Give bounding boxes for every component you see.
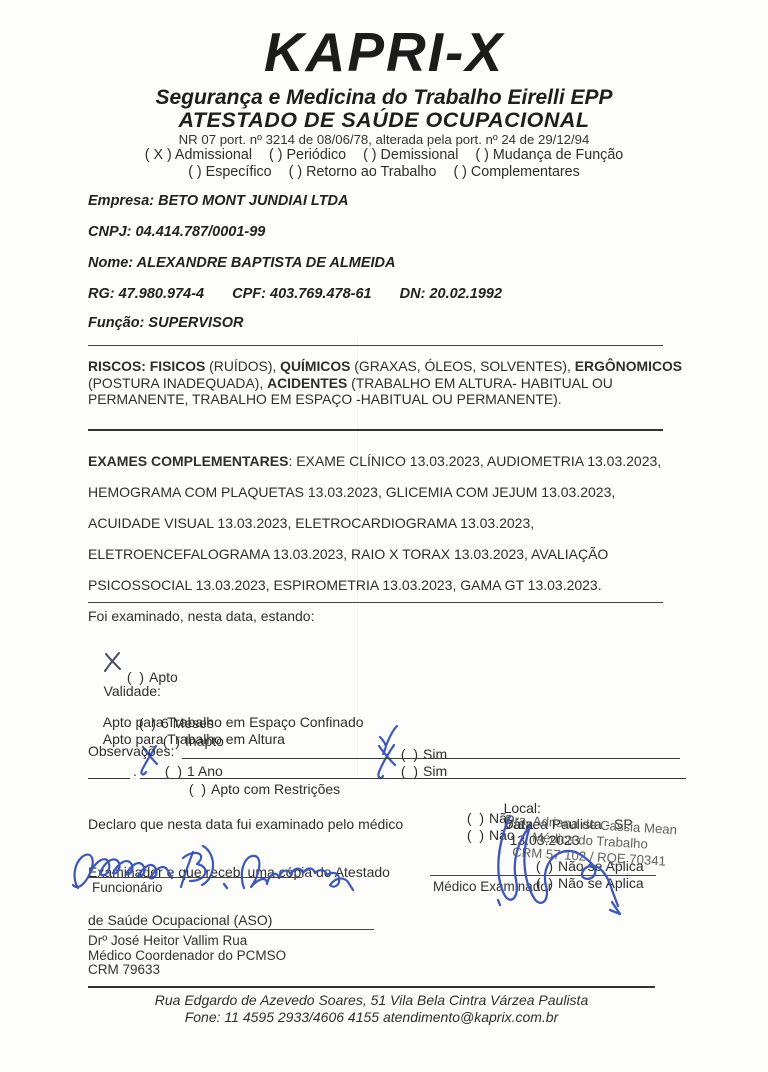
exames-line: ELETROENCEFALOGRAMA 13.03.2023, RAIO X T…	[88, 539, 678, 570]
cpf-value: 403.769.478-61	[270, 286, 372, 302]
riscos-title: RISCOS: FISICOS	[88, 358, 205, 374]
cnpj-label: CNPJ:	[88, 224, 132, 240]
cnpj-value: 04.414.787/0001-99	[136, 224, 266, 240]
dn-label: DN:	[400, 286, 426, 302]
empresa-label: Empresa:	[88, 193, 154, 209]
riscos-ergonomicos: ERGÔNOMICOS	[575, 358, 682, 374]
funcionario-signature-line	[88, 877, 302, 878]
exames-paragraph: EXAMES COMPLEMENTARES: EXAME CLÍNICO 13.…	[88, 446, 678, 601]
checkbox-periodico: ( ) Periódico	[269, 147, 346, 163]
funcao-value: SUPERVISOR	[148, 315, 243, 331]
coordinator-crm: CRM 79633	[88, 963, 286, 978]
coordinator-name: Drº José Heitor Vallim Rua	[88, 934, 286, 949]
blank-line-segment	[88, 762, 130, 779]
riscos-paragraph: RISCOS: FISICOS (RUÍDOS), QUÍMICOS (GRAX…	[88, 358, 684, 408]
document-title: ATESTADO DE SAÚDE OCUPACIONAL	[0, 108, 768, 133]
exames-line: HEMOGRAMA COM PLAQUETAS 13.03.2023, GLIC…	[88, 477, 678, 508]
checkbox-demissional: ( ) Demissional	[363, 147, 458, 163]
riscos-acidentes: ACIDENTES	[267, 375, 347, 391]
field-cnpj: CNPJ: 04.414.787/0001-99	[88, 224, 265, 240]
company-subtitle: Segurança e Medicina do Trabalho Eirelli…	[0, 86, 768, 110]
exames-line: PSICOSSOCIAL 13.03.2023, ESPIROMETRIA 13…	[88, 570, 678, 601]
checkbox-mudanca-funcao: ( ) Mudança de Função	[475, 147, 623, 163]
field-rg-cpf-dn: RG: 47.980.974-4 CPF: 403.769.478-61 DN:…	[88, 286, 502, 302]
field-funcao: Função: SUPERVISOR	[88, 315, 244, 331]
company-logo-text: KAPRI-X	[0, 20, 768, 84]
divider-line	[88, 602, 663, 603]
dn-value: 20.02.1992	[429, 286, 502, 302]
exames-text: : EXAME CLÍNICO 13.03.2023, AUDIOMETRIA …	[288, 453, 661, 469]
coordinator-line	[88, 929, 374, 930]
checkbox-especifico: ( ) Específico	[188, 164, 271, 180]
nome-label: Nome:	[88, 255, 133, 271]
checkbox-retorno-trabalho: ( ) Retorno ao Trabalho	[289, 164, 437, 180]
nome-value: ALEXANDRE BAPTISTA DE ALMEIDA	[137, 255, 396, 271]
footer-phone-email: Fone: 11 4595 2933/4606 4155 atendimento…	[88, 1009, 655, 1025]
exam-type-row-2: ( ) Específico ( ) Retorno ao Trabalho (…	[0, 164, 768, 180]
exam-type-row-1: ( X ) Admissional ( ) Periódico ( ) Demi…	[0, 147, 768, 163]
riscos-quimicos: QUÍMICOS	[280, 358, 350, 374]
aso-document-page: KAPRI-X Segurança e Medicina do Trabalho…	[0, 0, 768, 1072]
footer-address: Rua Edgardo de Azevedo Soares, 51 Vila B…	[88, 992, 655, 1008]
rg-value: 47.980.974-4	[119, 286, 204, 302]
declaration-line: de Saúde Ocupacional (ASO)	[88, 912, 403, 928]
validade-label: Validade:	[104, 683, 161, 699]
regulation-reference: NR 07 port. nº 3214 de 08/06/78, alterad…	[0, 132, 768, 147]
divider-line	[88, 429, 663, 431]
exames-line: ACUIDADE VISUAL 13.03.2023, ELETROCARDIO…	[88, 508, 678, 539]
blank-line-segment	[140, 762, 686, 779]
checkbox-admissional: ( X ) Admissional	[145, 147, 252, 163]
funcao-label: Função:	[88, 315, 144, 331]
exames-line: EXAMES COMPLEMENTARES: EXAME CLÍNICO 13.…	[88, 446, 678, 477]
checkbox-complementares: ( ) Complementares	[453, 164, 579, 180]
cpf-label: CPF:	[232, 286, 266, 302]
separator-dot: .	[133, 763, 137, 779]
riscos-text: (POSTURA INADEQUADA),	[88, 375, 267, 391]
field-nome: Nome: ALEXANDRE BAPTISTA DE ALMEIDA	[88, 255, 395, 271]
rg-label: RG:	[88, 286, 115, 302]
coordinator-block: Drº José Heitor Vallim Rua Médico Coorde…	[88, 934, 286, 978]
observacoes-label: Observações:	[88, 743, 174, 759]
footer-divider-line	[88, 986, 655, 988]
coordinator-role: Médico Coordenador do PCMSO	[88, 949, 286, 964]
funcionario-label: Funcionário	[92, 880, 163, 895]
exames-title: EXAMES COMPLEMENTARES	[88, 453, 288, 469]
observacoes-blank-line	[182, 742, 680, 759]
field-empresa: Empresa: BETO MONT JUNDIAI LTDA	[88, 193, 349, 209]
riscos-text: (GRAXAS, ÓLEOS, SOLVENTES),	[350, 358, 574, 374]
divider-line	[88, 345, 663, 346]
examination-intro: Foi examinado, nesta data, estando:	[88, 608, 314, 624]
observacoes-row: Observações:	[88, 742, 680, 759]
riscos-text: (RUÍDOS),	[205, 358, 280, 374]
empresa-value: BETO MONT JUNDIAI LTDA	[158, 193, 348, 209]
doctor-signature	[462, 798, 632, 963]
observacoes-row-2: .	[88, 762, 686, 779]
